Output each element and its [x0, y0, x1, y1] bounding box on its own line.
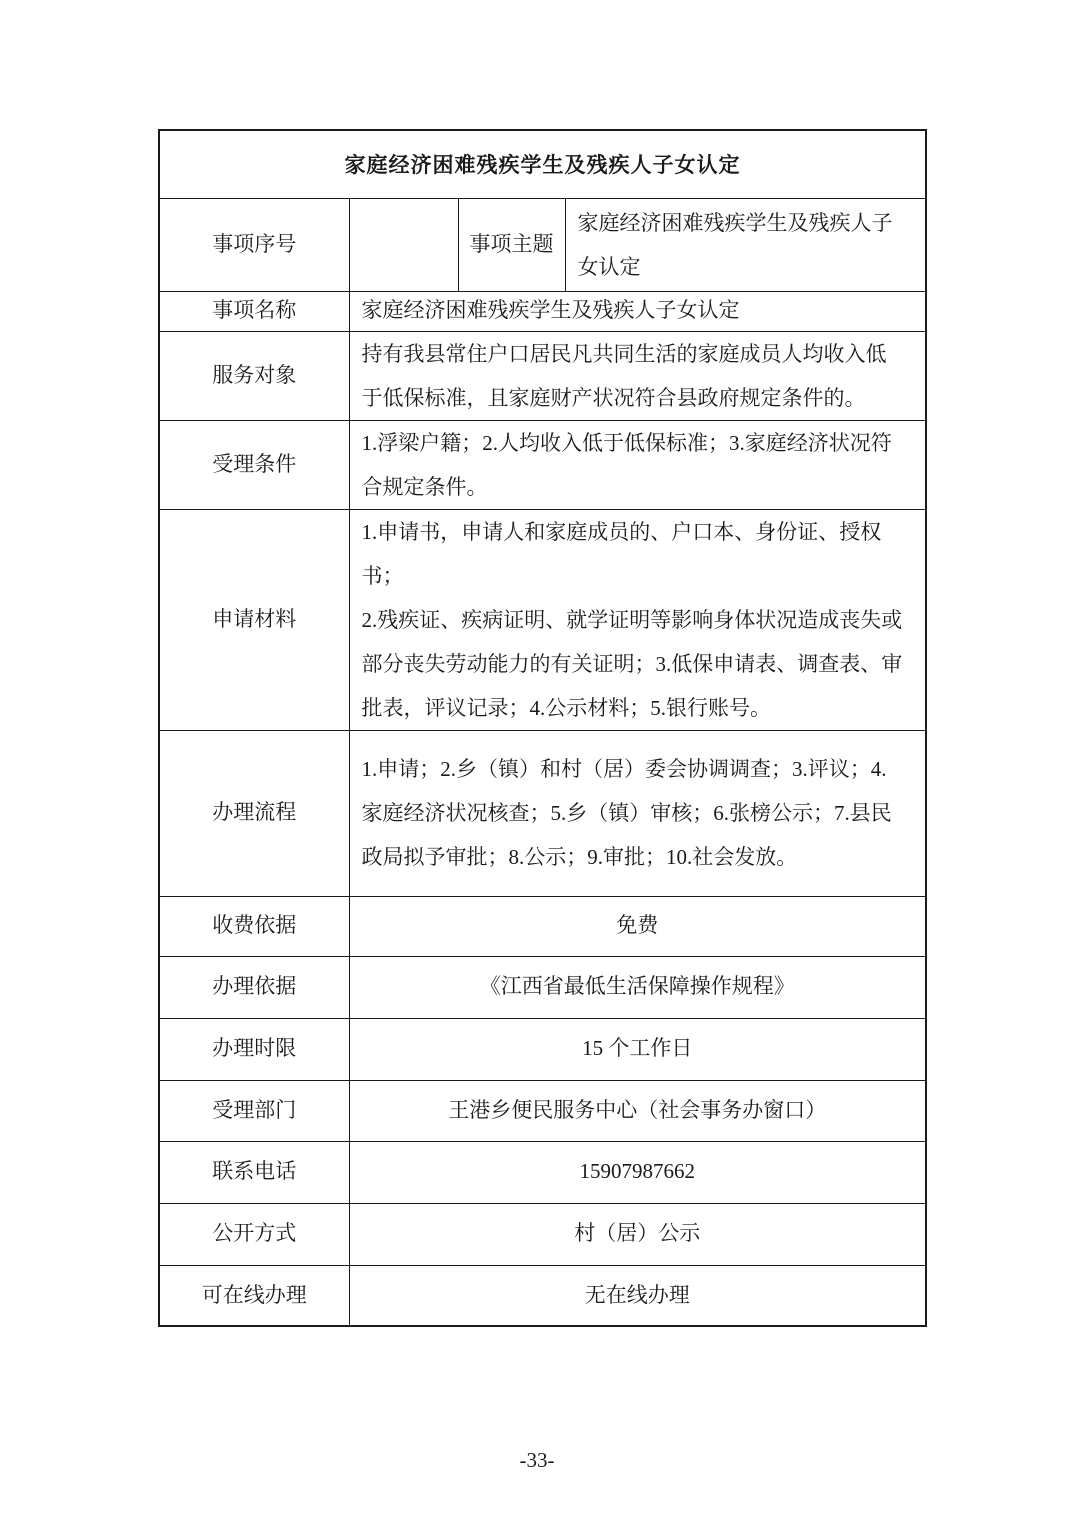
title-row: 家庭经济困难残疾学生及残疾人子女认定	[159, 130, 926, 198]
row-item-name: 事项名称 家庭经济困难残疾学生及残疾人子女认定	[159, 291, 926, 331]
service-target-label: 服务对象	[159, 331, 349, 420]
fee-basis-label: 收费依据	[159, 896, 349, 956]
accepting-department-value: 王港乡便民服务中心（社会事务办窗口）	[349, 1080, 926, 1141]
time-limit-value: 15 个工作日	[349, 1018, 926, 1080]
row-processing-flow: 办理流程 1.申请；2.乡（镇）和村（居）委会协调调查；3.评议；4. 家庭经济…	[159, 730, 926, 896]
publicity-method-label: 公开方式	[159, 1203, 349, 1265]
acceptance-conditions-label: 受理条件	[159, 420, 349, 509]
item-name-label: 事项名称	[159, 291, 349, 331]
item-name-value: 家庭经济困难残疾学生及残疾人子女认定	[349, 291, 926, 331]
item-topic-label: 事项主题	[458, 198, 565, 291]
row-item-number-topic: 事项序号 事项主题 家庭经济困难残疾学生及残疾人子 女认定	[159, 198, 926, 291]
contact-phone-value: 15907987662	[349, 1141, 926, 1203]
time-limit-label: 办理时限	[159, 1018, 349, 1080]
online-availability-value: 无在线办理	[349, 1265, 926, 1326]
processing-basis-label: 办理依据	[159, 956, 349, 1018]
acceptance-conditions-value: 1.浮梁户籍；2.人均收入低于低保标准；3.家庭经济状况符 合规定条件。	[349, 420, 926, 509]
processing-basis-value: 《江西省最低生活保障操作规程》	[349, 956, 926, 1018]
row-time-limit: 办理时限 15 个工作日	[159, 1018, 926, 1080]
service-item-table: 家庭经济困难残疾学生及残疾人子女认定 事项序号 事项主题 家庭经济困难残疾学生及…	[158, 129, 927, 1327]
item-number-value	[349, 198, 458, 291]
item-number-label: 事项序号	[159, 198, 349, 291]
page-number: -33-	[0, 1448, 1074, 1473]
application-materials-value: 1.申请书，申请人和家庭成员的、户口本、身份证、授权书； 2.残疾证、疾病证明、…	[349, 509, 926, 730]
row-processing-basis: 办理依据 《江西省最低生活保障操作规程》	[159, 956, 926, 1018]
processing-flow-value: 1.申请；2.乡（镇）和村（居）委会协调调查；3.评议；4. 家庭经济状况核查；…	[349, 730, 926, 896]
fee-basis-value: 免费	[349, 896, 926, 956]
row-acceptance-conditions: 受理条件 1.浮梁户籍；2.人均收入低于低保标准；3.家庭经济状况符 合规定条件…	[159, 420, 926, 509]
publicity-method-value: 村（居）公示	[349, 1203, 926, 1265]
row-fee-basis: 收费依据 免费	[159, 896, 926, 956]
online-availability-label: 可在线办理	[159, 1265, 349, 1326]
item-topic-value: 家庭经济困难残疾学生及残疾人子 女认定	[565, 198, 926, 291]
row-service-target: 服务对象 持有我县常住户口居民凡共同生活的家庭成员人均收入低 于低保标准，且家庭…	[159, 331, 926, 420]
row-online-availability: 可在线办理 无在线办理	[159, 1265, 926, 1326]
accepting-department-label: 受理部门	[159, 1080, 349, 1141]
contact-phone-label: 联系电话	[159, 1141, 349, 1203]
row-publicity-method: 公开方式 村（居）公示	[159, 1203, 926, 1265]
row-application-materials: 申请材料 1.申请书，申请人和家庭成员的、户口本、身份证、授权书； 2.残疾证、…	[159, 509, 926, 730]
row-accepting-department: 受理部门 王港乡便民服务中心（社会事务办窗口）	[159, 1080, 926, 1141]
application-materials-label: 申请材料	[159, 509, 349, 730]
processing-flow-label: 办理流程	[159, 730, 349, 896]
document-page: 家庭经济困难残疾学生及残疾人子女认定 事项序号 事项主题 家庭经济困难残疾学生及…	[0, 0, 1074, 1520]
document-title: 家庭经济困难残疾学生及残疾人子女认定	[159, 130, 926, 198]
row-contact-phone: 联系电话 15907987662	[159, 1141, 926, 1203]
service-target-value: 持有我县常住户口居民凡共同生活的家庭成员人均收入低 于低保标准，且家庭财产状况符…	[349, 331, 926, 420]
